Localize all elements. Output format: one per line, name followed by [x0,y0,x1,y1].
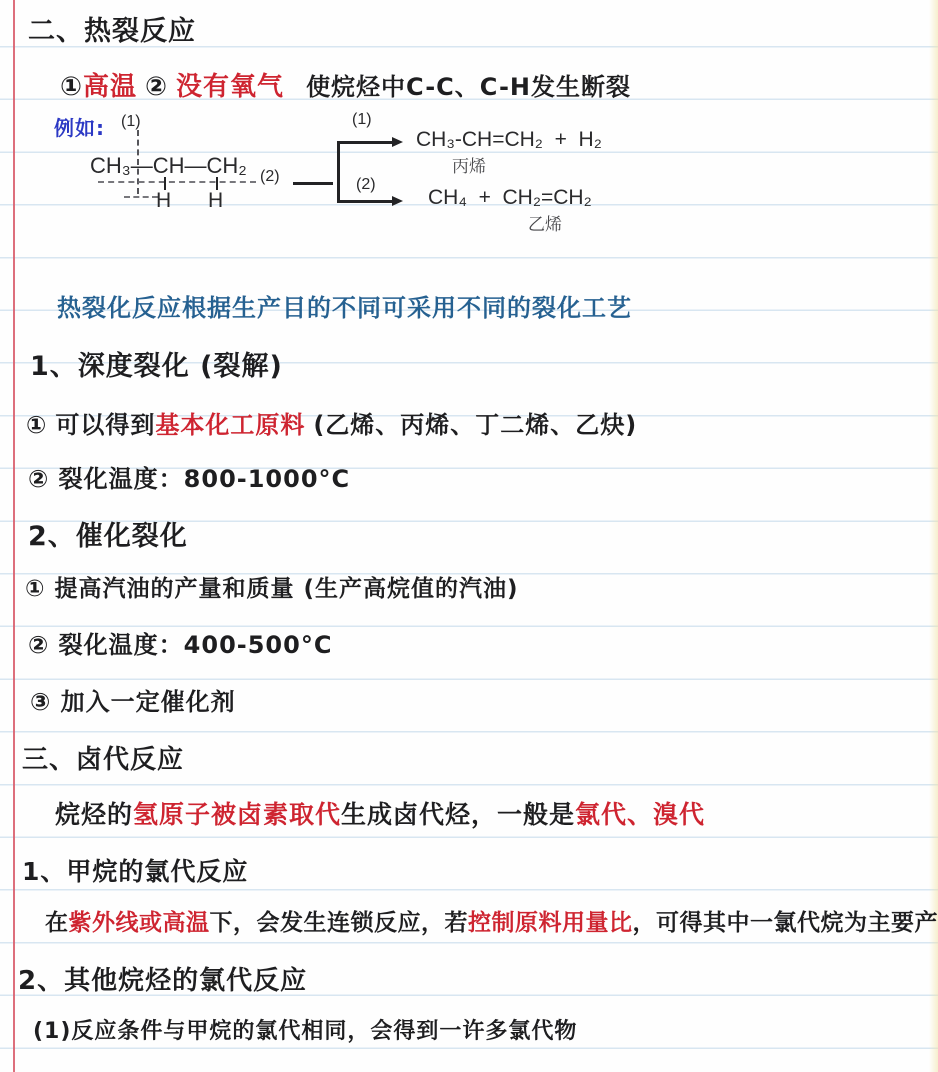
deep-point-1-text-a: 可以得到 [55,411,155,439]
deep-point-1-highlight: 基本化工原料 [155,411,305,439]
condition-no-oxygen: 没有氧气 [176,72,284,102]
chain-reaction-line: 在紫外线或高温下，会发生连锁反应，若控制原料用量比，可得其中一氯代烷为主要产物 [45,909,938,938]
margin-line [13,0,15,1072]
catalytic-point-1: ① 提高汽油的产量和质量 (生产高烷值的汽油) [25,575,519,604]
process-intro-line: 热裂化反应根据生产目的不同可采用不同的裂化工艺 [57,293,632,323]
notebook-page: 二、热裂反应 ①高温②没有氧气使烷烃中C-C、C-H发生断裂 例如: (1) C… [0,0,938,1072]
methane-chlorination-title: 1、甲烷的氯代反应 [22,856,248,887]
deep-cracking-point-2: ② 裂化温度：800-1000°C [28,464,350,494]
chain-text-c: ，可得其中一氯代烷为主要产物 [633,910,938,936]
h-atom-right: H [208,188,223,214]
conditions-line: ①高温②没有氧气使烷烃中C-C、C-H发生断裂 [60,71,631,104]
condition-num-1: ① [60,72,83,102]
heading-thermal-cracking: 二、热裂反应 [28,15,196,49]
connector-stem [293,182,333,185]
product-1-name: 丙烯 [452,156,486,177]
cleavage-1-dashed-jog [124,196,158,198]
branch-2-label: (2) [356,175,376,195]
halogenation-desc-b: 生成卤代烃，一般是 [341,800,575,829]
branch-bracket [337,141,340,203]
deep-cracking-title: 1、深度裂化 (裂解) [30,350,283,384]
catalytic-point-2: ② 裂化温度：400-500°C [28,630,332,660]
halogenation-heading: 三、卤代反应 [22,744,184,777]
chain-highlight-2: 控制原料用量比 [468,910,633,936]
chain-text-a: 在 [45,910,69,936]
reactant-formula: CH₃—CH—CH₂ [90,152,247,180]
product-2-formula: CH₄ + CH₂=CH₂ [428,185,592,211]
catalytic-point-3: ③ 加入一定催化剂 [30,687,236,717]
branch-2-arrowhead-icon [392,196,403,206]
catalytic-cracking-title: 2、催化裂化 [28,520,188,554]
chain-text-b: 下，会发生连锁反应，若 [210,910,469,936]
halogenation-desc-highlight-1: 氢原子被卤素取代 [133,800,341,829]
halogenation-desc-a: 烷烃的 [55,800,133,829]
branch-1-label: (1) [352,110,372,130]
deep-cracking-point-1: ①可以得到基本化工原料(乙烯、丙烯、丁二烯、乙炔) [26,410,637,440]
cleavage-2-label: (2) [260,167,280,187]
halogenation-desc: 烷烃的氢原子被卤素取代生成卤代烃，一般是氯代、溴代 [55,799,705,830]
condition-num-2: ② [145,72,168,102]
other-alkanes-title: 2、其他烷烃的氯代反应 [18,965,307,998]
chain-highlight-1: 紫外线或高温 [69,910,210,936]
h-atom-left: H [156,188,171,214]
example-label: 例如: [54,116,105,141]
deep-point-1-text-b: (乙烯、丙烯、丁二烯、乙炔) [313,411,637,439]
deep-point-1-num: ① [26,411,47,439]
branch-2-arrow-line [337,200,393,203]
cleavage-2-dashed-line [98,181,256,183]
product-1-formula: CH₃-CH=CH₂ + H₂ [416,127,602,153]
condition-high-temp: 高温 [83,72,137,102]
halogenation-desc-highlight-2: 氯代、溴代 [575,800,705,829]
branch-1-arrowhead-icon [392,137,403,147]
product-2-name: 乙烯 [528,214,562,235]
condition-effect: 使烷烃中C-C、C-H发生断裂 [306,73,631,101]
other-alkanes-point-1: (1)反应条件与甲烷的氯代相同，会得到一许多氯代物 [33,1018,577,1046]
branch-1-arrow-line [337,141,393,144]
cleavage-1-label: (1) [121,112,141,132]
